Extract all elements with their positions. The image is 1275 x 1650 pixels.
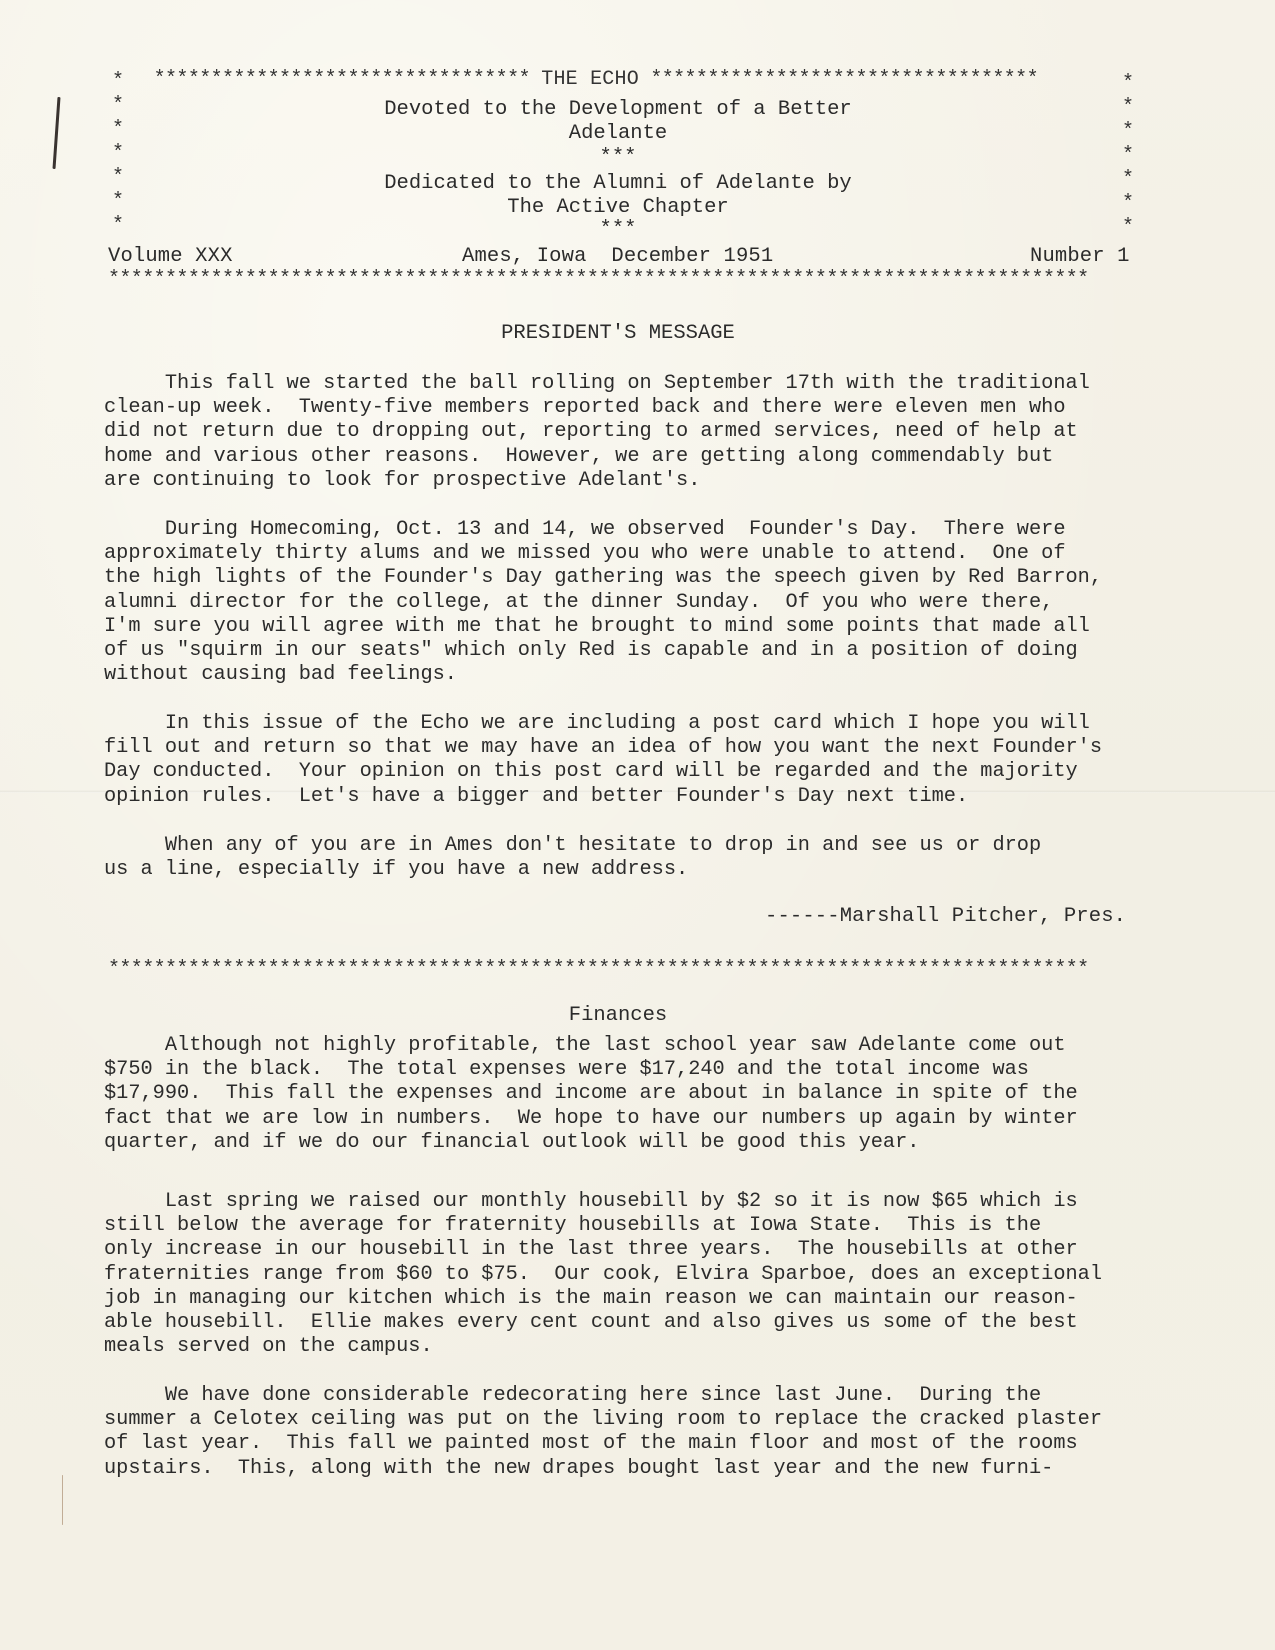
masthead-stars-right: ********************************** <box>650 68 1038 91</box>
president-paragraph-4: When any of you are in Ames don't hesita… <box>104 834 1104 882</box>
president-paragraph-2: During Homecoming, Oct. 13 and 14, we ob… <box>104 518 1104 687</box>
masthead-separator-1: *** <box>108 146 1128 170</box>
newsletter-page: ********************************* THE EC… <box>0 0 1275 1650</box>
masthead-separator-2: *** <box>108 218 1128 242</box>
issue-number: Number 1 <box>1030 245 1130 269</box>
pencil-mark <box>52 97 60 169</box>
finances-paragraph-3: We have done considerable redecorating h… <box>104 1384 1104 1481</box>
masthead-bottom-rule: ****************************************… <box>108 268 1089 292</box>
president-signature: ------Marshall Pitcher, Pres. <box>765 905 1126 929</box>
border-star-left: * <box>112 70 124 94</box>
volume-label: Volume XXX <box>108 245 233 269</box>
section-heading-president: PRESIDENT'S MESSAGE <box>108 322 1128 346</box>
masthead-subtitle-1: Devoted to the Development of a Better <box>108 98 1128 122</box>
section-heading-finances: Finances <box>108 1004 1128 1028</box>
finances-paragraph-2: Last spring we raised our monthly houseb… <box>104 1190 1104 1359</box>
place-date: Ames, Iowa December 1951 <box>462 245 773 269</box>
president-paragraph-1: This fall we started the ball rolling on… <box>104 372 1104 493</box>
finances-paragraph-1: Although not highly profitable, the last… <box>104 1034 1104 1155</box>
masthead-stars-left: ********************************* <box>154 68 530 91</box>
masthead-dedication-1: Dedicated to the Alumni of Adelante by <box>108 172 1128 196</box>
masthead-subtitle-2: Adelante <box>108 122 1128 146</box>
pencil-mark-bottom <box>62 1475 63 1525</box>
border-star-right: * <box>1122 72 1134 96</box>
masthead-dedication-2: The Active Chapter <box>108 196 1128 220</box>
masthead-title: THE ECHO <box>541 68 639 91</box>
president-paragraph-3: In this issue of the Echo we are includi… <box>104 712 1104 809</box>
section-divider: ****************************************… <box>108 958 1089 982</box>
